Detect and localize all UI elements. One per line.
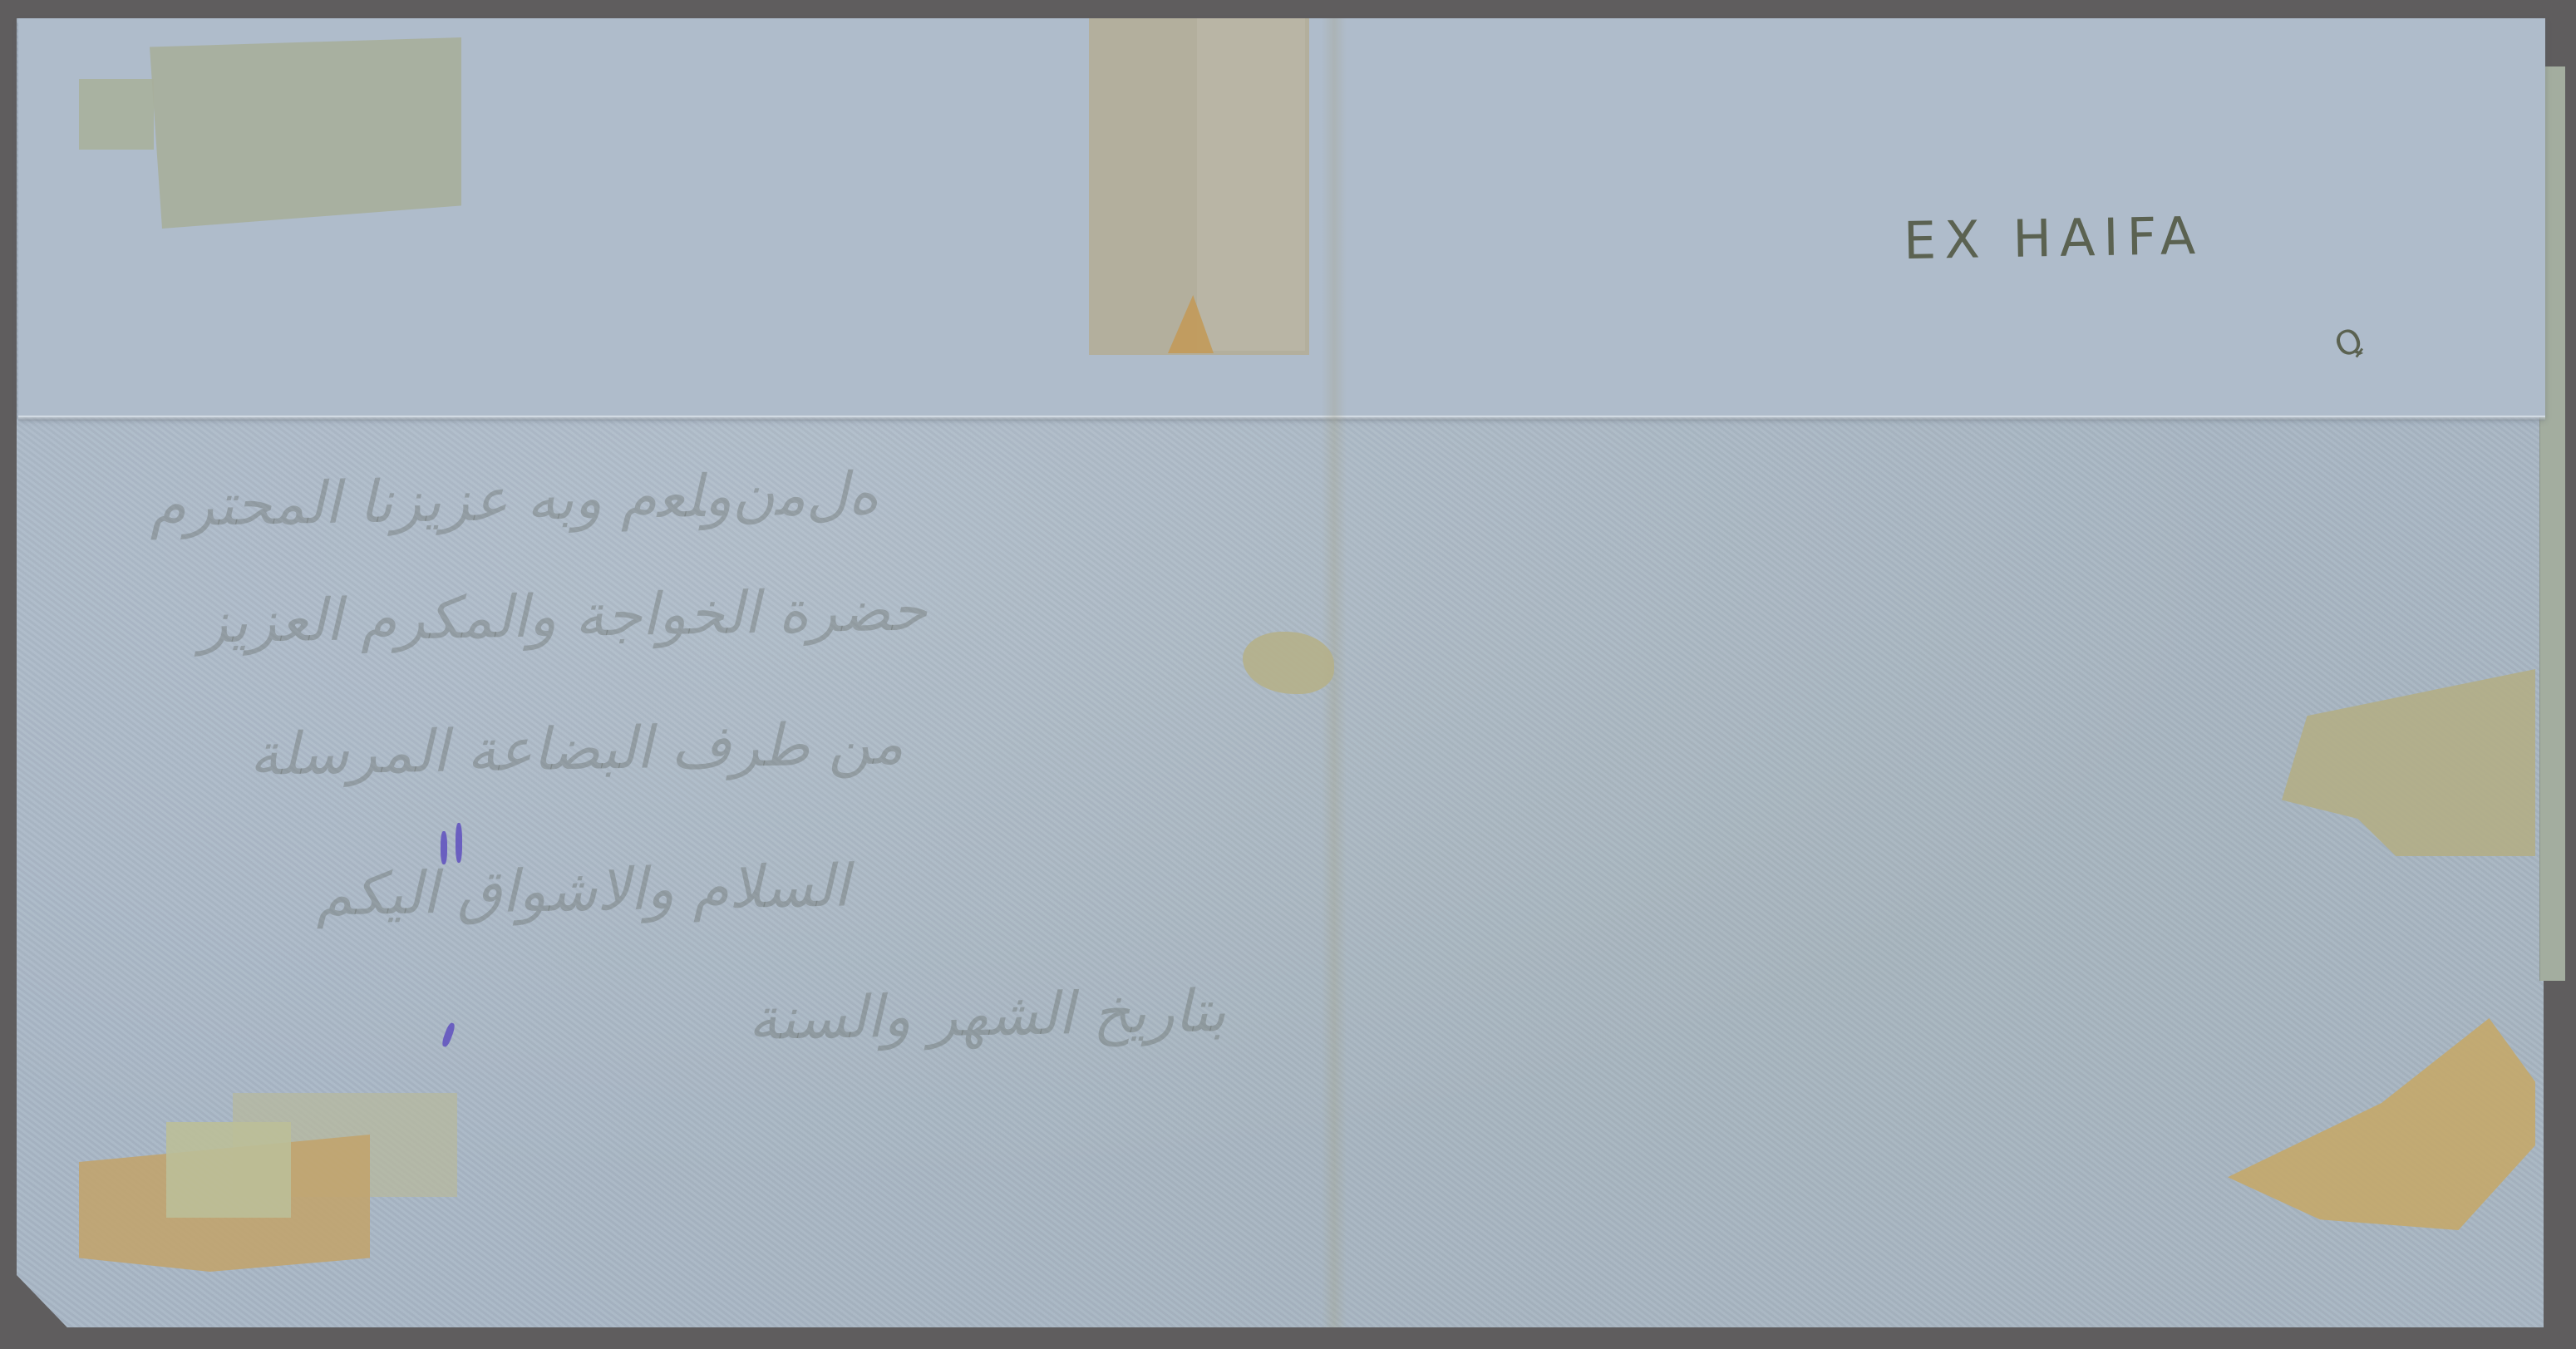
hinge-remnant-top-left-small xyxy=(79,79,154,150)
ghost-script-line: ﺣﻀﺮﺓ ﺍﻟﺨﻮﺍﺟﺔ ﻭﺍﻟﻤﻜﺮﻡ ﺍﻟﻌﺰﻳﺰ xyxy=(199,575,928,656)
hinge-remnant-top-left xyxy=(150,37,461,229)
tape-strip-center-overlay xyxy=(1197,18,1305,351)
ghost-script-line: ﺑﺘﺎﺭﻳﺦ ﺍﻟﺸﻬﺮ ﻭﺍﻟﺴﻨﺔ xyxy=(747,977,1226,1053)
ghost-script-line: ﻩﻝﻣﻥﻭﻠﻌﻡ ﻭﺑﻪ ﻋﺰﻳﺰﻧﺎ ﺍﻟﻤﺤﺘﺮﻡ xyxy=(149,459,879,539)
blue-crayon-mark xyxy=(456,823,462,863)
ghost-script-line: ﺍﻟﺴﻼﻡ ﻭﺍﻻﺷﻮﺍﻕ ﺍﻟﻴﻜﻢ xyxy=(315,851,850,928)
blue-crayon-mark xyxy=(441,831,447,864)
pencil-note-ex-haifa: EX HAIFA xyxy=(1903,205,2204,271)
hinge-remnant-bottom-left-square xyxy=(166,1122,291,1218)
ghost-script-line: ﻣﻦ ﻃﺮﻑ ﺍﻟﺒﻀﺎﻋﺔ ﺍﻟﻤﺮﺳﻠﺔ xyxy=(249,709,904,789)
horizontal-fold-line xyxy=(18,416,2545,421)
